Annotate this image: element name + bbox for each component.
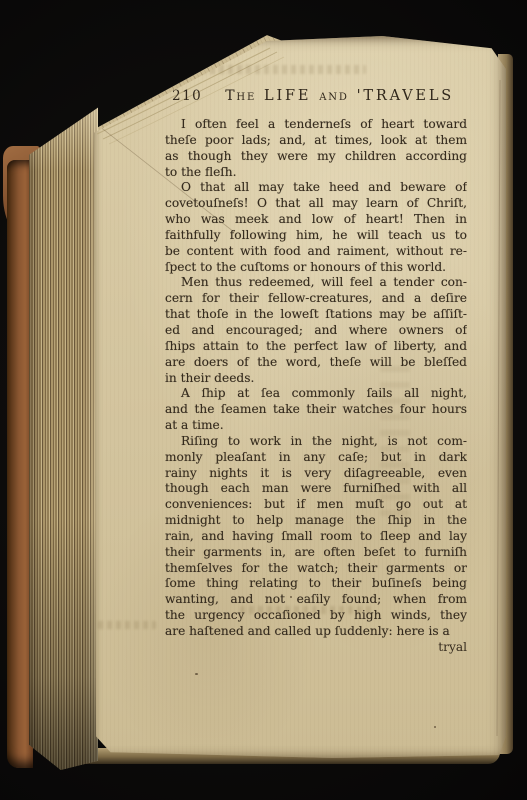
page-edges xyxy=(29,105,98,770)
ink-speck xyxy=(434,726,436,728)
paragraph: A ſhip at ſea commonly ſails all night,a… xyxy=(165,386,467,434)
bleed-through xyxy=(120,65,366,74)
text-line: in their deeds. xyxy=(165,371,467,387)
paragraph: Men thus redeemed, will feel a tender co… xyxy=(165,275,467,386)
text-line: Men thus redeemed, will feel a tender co… xyxy=(165,275,467,291)
title-part: and xyxy=(319,88,348,104)
text-line: to the fleſh. xyxy=(165,165,467,181)
text-line: as though they were my children accordin… xyxy=(165,149,467,165)
paragraph: Riſing to work in the night, is not com-… xyxy=(165,434,467,640)
title-part: The xyxy=(225,88,256,104)
text-line: and the ſeamen take their watches four h… xyxy=(165,402,467,418)
text-line: O that all may take heed and beware of xyxy=(165,180,467,196)
text-line: are doers of the word, theſe will be ble… xyxy=(165,355,467,371)
text-line: cern for their fellow-creatures, and a d… xyxy=(165,291,467,307)
text-line: monly pleaſant in any caſe; but in dark xyxy=(165,450,467,466)
text-line: ed and encouraged; and where owners of xyxy=(165,323,467,339)
text-line: rain, and having ſmall room to ſleep and… xyxy=(165,529,467,545)
text-line: that thoſe in the loweſt ſtations may be… xyxy=(165,307,467,323)
text-line: Riſing to work in the night, is not com- xyxy=(165,434,467,450)
bleed-through xyxy=(98,621,156,629)
ink-speck xyxy=(195,673,198,675)
text-line: midnight to help manage the ſhip in the xyxy=(165,513,467,529)
text-line: theſe poor lads; and, at times, look at … xyxy=(165,133,467,149)
text-line: I often feel a tenderneſs of heart towar… xyxy=(165,117,467,133)
text-line: who was meek and low of heart! Then in xyxy=(165,212,467,228)
paragraph: O that all may take heed and beware ofco… xyxy=(165,180,467,275)
title-part: LIFE xyxy=(264,88,311,104)
text-line: be content with food and raiment, withou… xyxy=(165,244,467,260)
paragraph: I often feel a tenderneſs of heart towar… xyxy=(165,117,467,180)
catchword: tryal xyxy=(165,640,467,654)
text-line: wanting, and not eaſily found; when from xyxy=(165,592,467,608)
text-line: covetouſneſs! O that all may learn of Ch… xyxy=(165,196,467,212)
running-title: TheLIFEand'TRAVELS xyxy=(225,85,454,104)
text-line: though each man were furniſhed with all xyxy=(165,481,467,497)
book-page: 210 TheLIFEand'TRAVELS I often feel a te… xyxy=(94,36,506,758)
text-line: their garments in, are often beſet to fu… xyxy=(165,545,467,561)
text-line: rainy nights it is very diſagreeable, ev… xyxy=(165,466,467,482)
text-line: A ſhip at ſea commonly ſails all night, xyxy=(165,386,467,402)
text-line: faithfully following him, he will teach … xyxy=(165,228,467,244)
text-line: conveniences: but if men muſt go out at xyxy=(165,497,467,513)
page-header: 210 TheLIFEand'TRAVELS xyxy=(165,85,469,104)
text-line: themſelves for the watch; their garments… xyxy=(165,561,467,577)
text-line: ſome thing relating to their buſineſs be… xyxy=(165,576,467,592)
text-line: are haſtened and called up ſuddenly: her… xyxy=(165,624,467,640)
scan-background: 210 TheLIFEand'TRAVELS I often feel a te… xyxy=(0,0,527,800)
text-line: the urgency occaſioned by high winds, th… xyxy=(165,608,467,624)
text-line: ſhips attain to the perfect law of liber… xyxy=(165,339,467,355)
text-line: at a time. xyxy=(165,418,467,434)
page-text: I often feel a tenderneſs of heart towar… xyxy=(165,117,467,640)
title-part: 'TRAVELS xyxy=(357,88,454,104)
text-line: ſpect to the cuſtoms or honours of this … xyxy=(165,260,467,276)
